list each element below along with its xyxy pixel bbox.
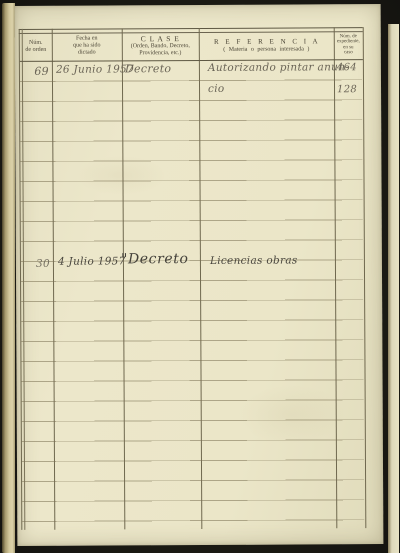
scan-background: Núm. de orden Fecha en que ha sido dicta…	[0, 0, 400, 553]
header-text: de orden	[20, 46, 52, 53]
right-neighbour-page-edge	[388, 24, 399, 553]
left-gutter-page-edge	[2, 3, 15, 553]
entry-referencia: Autorizando pintar anun-	[208, 61, 349, 74]
entry-clase: "Decreto	[121, 251, 189, 267]
header-clase: C L A S E (Orden, Bando, Decreto, Provid…	[122, 31, 199, 60]
header-num-orden: Núm. de orden	[20, 32, 52, 61]
register-table: Núm. de orden Fecha en que ha sido dicta…	[19, 27, 366, 530]
register-sheet: Núm. de orden Fecha en que ha sido dicta…	[15, 4, 384, 546]
header-referencia: R E F E R E N C I A ( Materia o persona …	[199, 30, 334, 60]
header-text: ( Materia o persona interesada )	[199, 46, 334, 54]
entry-referencia: Licencias obras	[210, 254, 298, 266]
entry-referencia: cio	[208, 83, 225, 95]
header-text: Providencia, etc.)	[122, 49, 199, 56]
entry-clase: Decreto	[125, 62, 171, 75]
table-header-row: Núm. de orden Fecha en que ha sido dicta…	[20, 30, 363, 62]
header-text: caso	[334, 50, 363, 56]
ruled-lines	[20, 60, 364, 529]
header-text: dictado	[52, 49, 122, 56]
entry-expediente: 464	[337, 62, 357, 73]
entry-num: 69	[21, 65, 49, 78]
entry-expediente: 128	[337, 84, 357, 95]
entry-num: 30	[24, 258, 50, 270]
entry-fecha: 26 Junio 1957	[56, 63, 134, 75]
header-fecha: Fecha en que ha sido dictado	[52, 31, 122, 60]
entry-fecha: 4 Julio 1957	[58, 255, 126, 267]
header-expediente: Núm. de expediente, en su caso	[334, 30, 363, 59]
